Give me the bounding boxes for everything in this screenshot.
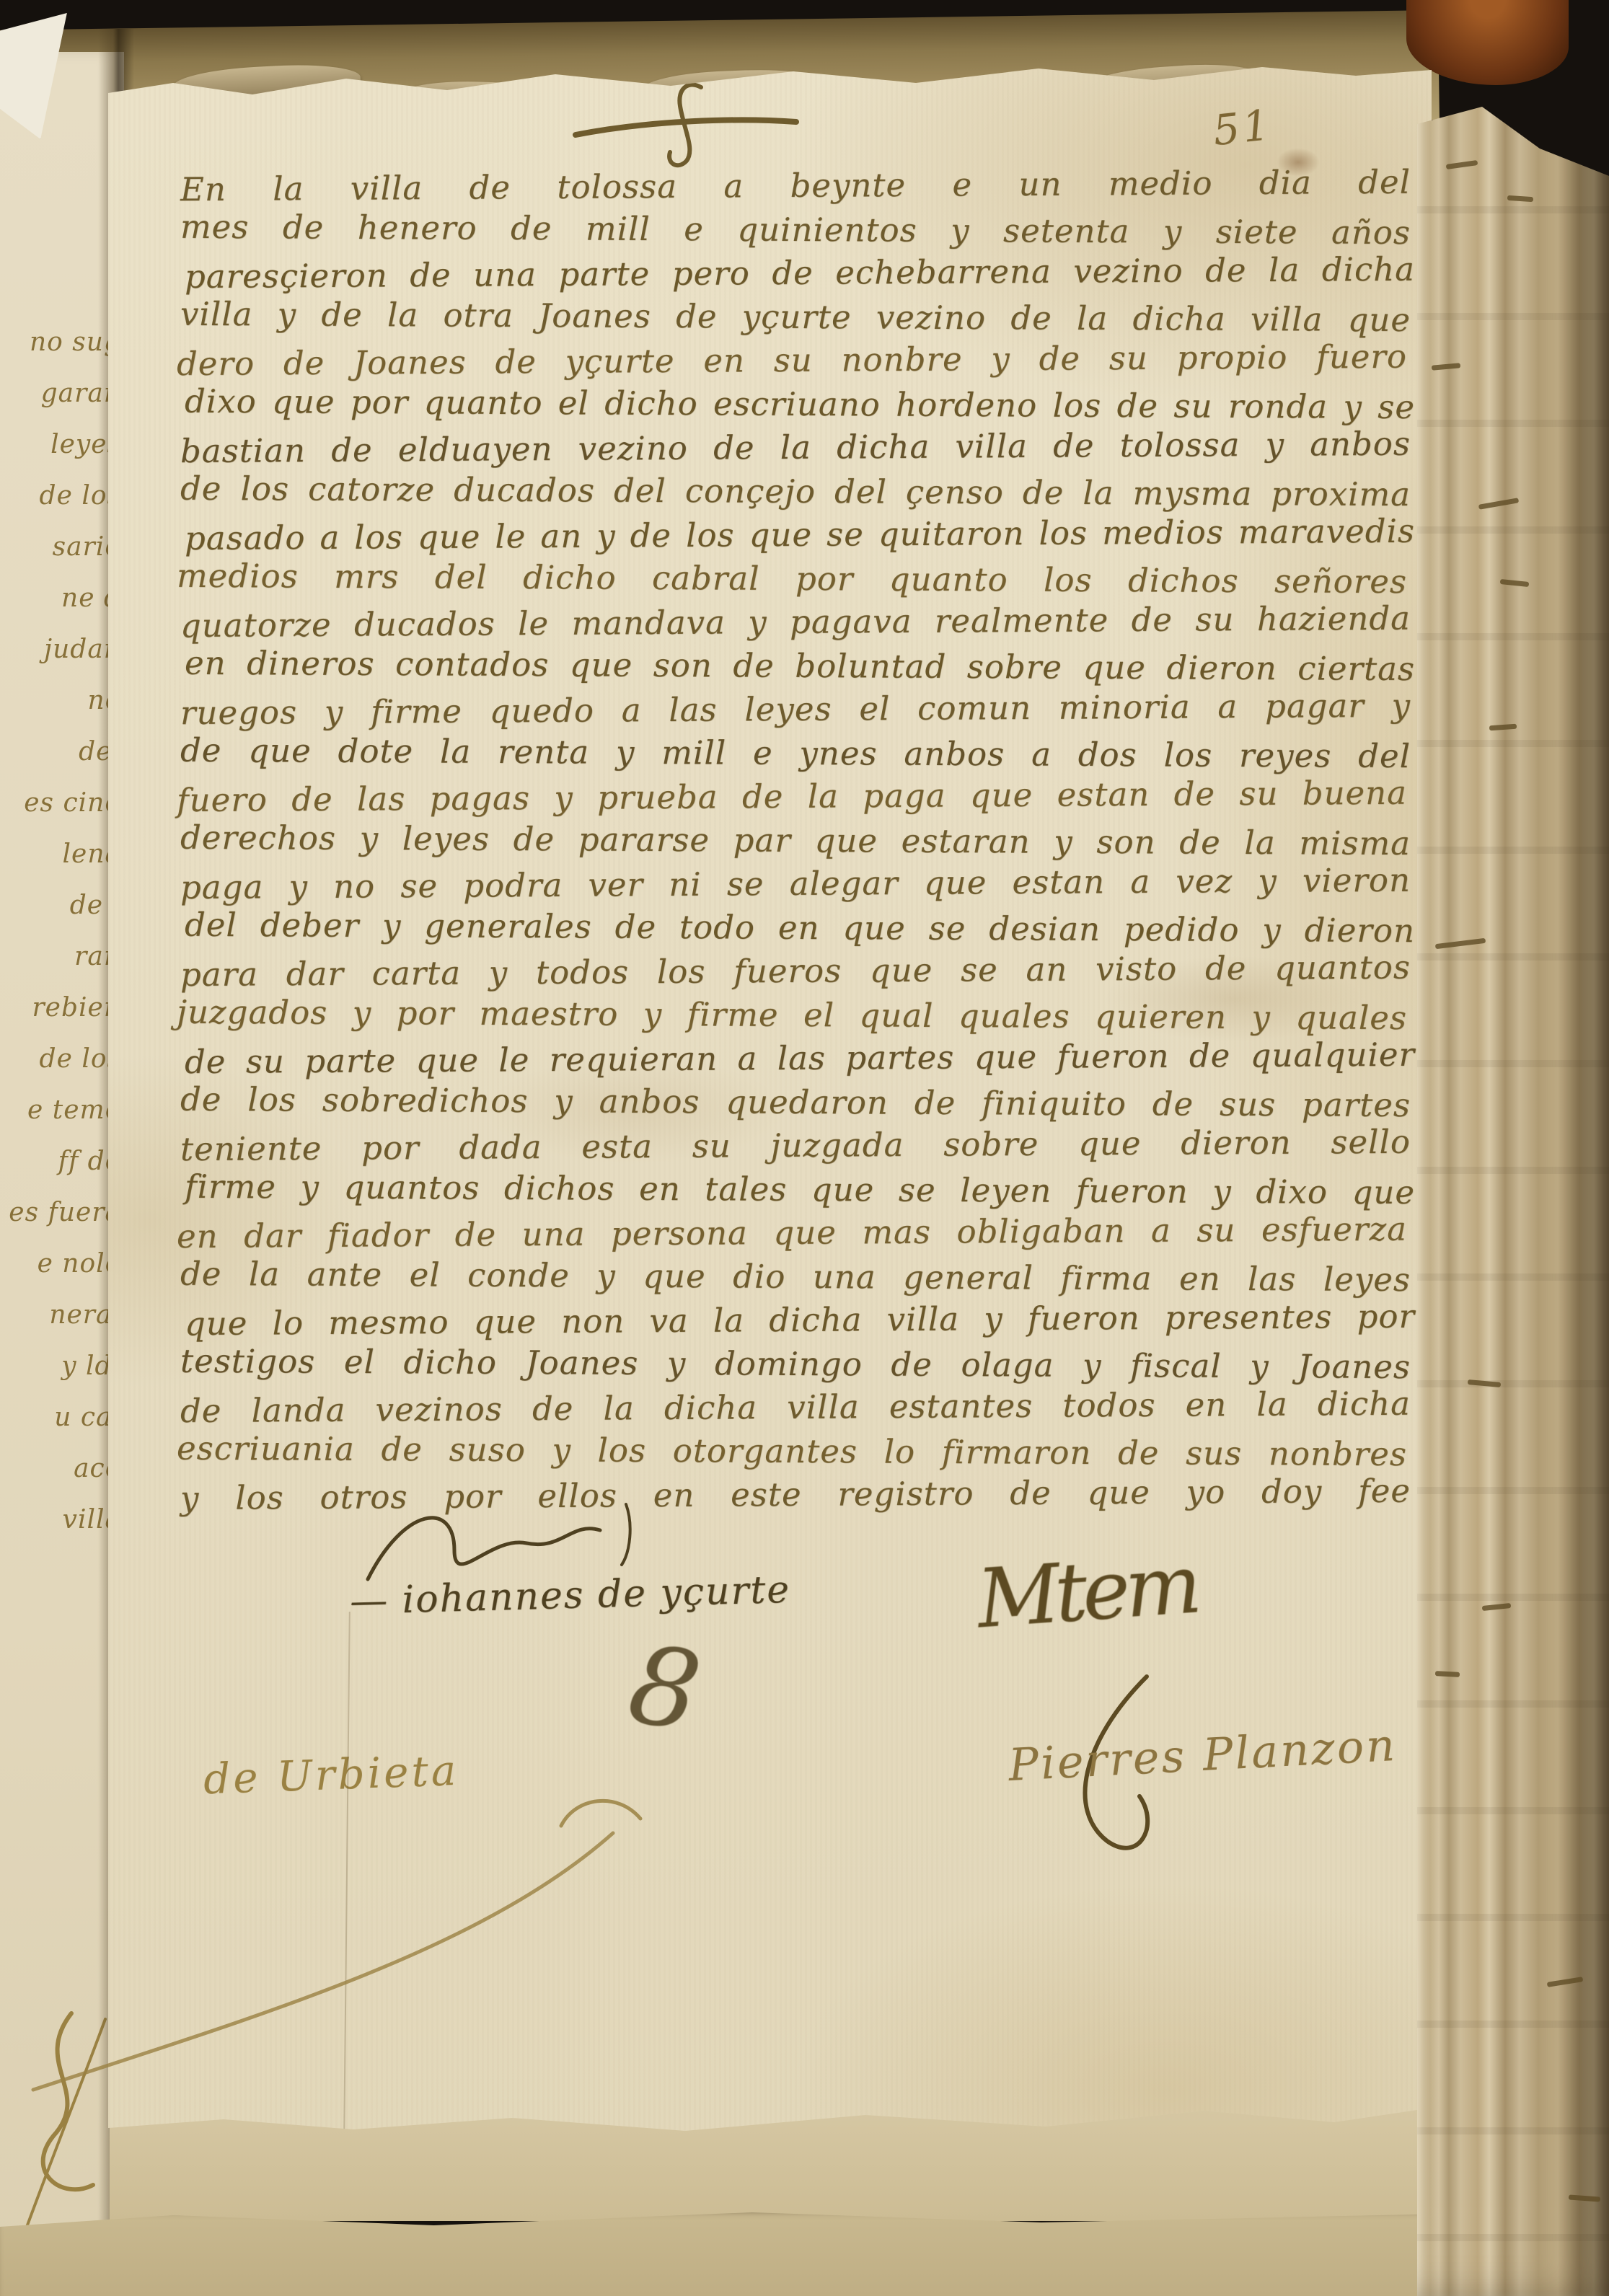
- manuscript-line: villa y de la otra Joanes de yçurte vezi…: [180, 294, 1411, 344]
- ink-speck: [1547, 1977, 1583, 1987]
- folio-number: 51: [1211, 100, 1274, 155]
- ink-speck: [1500, 579, 1530, 587]
- manuscript-line: paga y no se podra ver ni se alegar que …: [180, 861, 1411, 912]
- ink-speck: [1478, 498, 1519, 510]
- ink-speck: [1446, 160, 1478, 169]
- manuscript-line: de los sobredichos y anbos quedaron de f…: [180, 1079, 1411, 1129]
- invocation-cross-icon: [570, 77, 808, 172]
- manuscript-line: de que dote la renta y mill e ynes anbos…: [180, 730, 1411, 780]
- manuscript-line: medios mrs del dicho cabral por quanto l…: [177, 556, 1407, 606]
- manuscript-line: de su parte que le requieran a las parte…: [185, 1036, 1415, 1087]
- manuscript-line: juzgados y por maestro y firme el qual q…: [177, 992, 1407, 1042]
- manuscript-line: ruegos y firme quedo a las leyes el comu…: [180, 686, 1411, 738]
- manuscript-line: firme y quantos dichos en tales que se l…: [185, 1167, 1415, 1217]
- manuscript-line: en dineros contados que son de boluntad …: [185, 643, 1415, 693]
- joannes-paraph: 8: [621, 1622, 708, 1757]
- manuscript-line: dero de Joanes de yçurte en su nonbre y …: [177, 337, 1407, 389]
- manuscript-line: de landa vezinos de la dicha villa estan…: [180, 1385, 1411, 1436]
- urbieta-signature-flourish: [22, 1781, 656, 2113]
- manuscript-line: derechos y leyes de pararse par que esta…: [180, 818, 1411, 867]
- manuscript-line: pasado a los que le an y de los que se q…: [185, 512, 1415, 563]
- book-fore-edge-stack: [1417, 0, 1609, 2296]
- manuscript-line: teniente por dada esta su juzgada sobre …: [180, 1123, 1411, 1174]
- manuscript-line: de la ante el conde y que dio una genera…: [180, 1254, 1411, 1304]
- manuscript-line: que lo mesmo que non va la dicha villa y…: [185, 1297, 1415, 1348]
- manuscript-line: escriuania de suso y los otorgantes lo f…: [177, 1429, 1407, 1478]
- notary-monogram-signature: Mtem: [974, 1538, 1199, 1647]
- manuscript-line: en dar fiador de una persona que mas obl…: [177, 1210, 1407, 1261]
- manuscript-line: testigos el dicho Joanes y domingo de ol…: [180, 1341, 1411, 1391]
- manuscript-line: para dar carta y todos los fueros que se…: [180, 948, 1411, 999]
- manuscript-line: del deber y generales de todo en que se …: [185, 905, 1415, 955]
- manuscript-line: quatorze ducados le mandava y pagava rea…: [180, 599, 1411, 650]
- ink-speck: [1507, 195, 1533, 202]
- manuscript-line: bastian de elduayen vezino de la dicha v…: [180, 425, 1411, 476]
- ink-speck: [1435, 1671, 1460, 1677]
- ink-speck: [1468, 1379, 1501, 1387]
- underlying-page-edge: [0, 2208, 1446, 2296]
- ink-speck: [1489, 724, 1517, 731]
- book-photograph: no sug garan leyes de los sario ne d jud…: [0, 0, 1609, 2296]
- ink-speck: [1482, 1603, 1512, 1611]
- ink-speck: [1432, 363, 1460, 370]
- manuscript-text-block: En la villa de tolossa a beynte e un med…: [180, 167, 1411, 1519]
- ink-speck: [1435, 938, 1486, 949]
- manuscript-line: En la villa de tolossa a beynte e un med…: [180, 163, 1411, 214]
- manuscript-line: paresçieron de una parte pero de echebar…: [185, 250, 1415, 301]
- manuscript-line: dixo que por quanto el dicho escriuano h…: [185, 381, 1415, 431]
- manuscript-line: mes de henero de mill e quinientos y set…: [180, 207, 1411, 257]
- ink-speck: [1569, 2194, 1600, 2202]
- manuscript-line: fuero de las pagas y prueba de la paga q…: [177, 774, 1407, 825]
- manuscript-line: de los catorze ducados del conçejo del ç…: [180, 469, 1411, 518]
